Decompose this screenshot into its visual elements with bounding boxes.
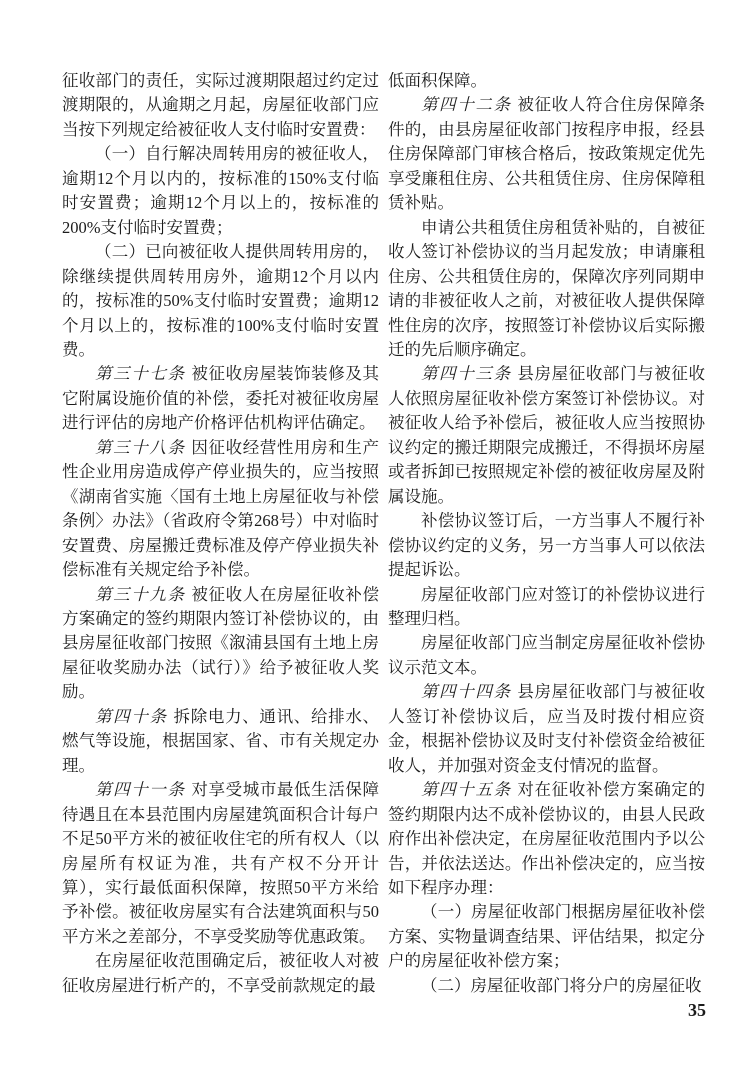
- paragraph-text: 房屋征收部门应当制定房屋征收补偿协议示范文本。: [388, 633, 705, 676]
- left-column: 征收部门的责任，实际过渡期限超过约定过渡期限的，从逾期之月起，房屋征收部门应当按…: [62, 69, 379, 998]
- paragraph: 房屋征收部门应对签订的补偿协议进行整理归档。: [388, 583, 705, 632]
- article-number: 第四十三条: [421, 364, 517, 383]
- paragraph: 在房屋征收范围确定后，被征收人对被征收房屋进行析产的，不享受前款规定的最: [62, 949, 379, 998]
- paragraph-text: 因征收经营性用房和生产性企业用房造成停产停业损失的，应当按照《湖南省实施〈国有土…: [62, 438, 379, 579]
- paragraph-text: （二）房屋征收部门将分户的房屋征收: [421, 976, 702, 995]
- paragraph: （二）房屋征收部门将分户的房屋征收: [388, 974, 705, 998]
- article-number: 第四十五条: [421, 780, 517, 799]
- paragraph: 第四十四条县房屋征收部门与被征收人签订补偿协议后，应当及时拨付相应资金，根据补偿…: [388, 680, 705, 778]
- paragraph: 征收部门的责任，实际过渡期限超过约定过渡期限的，从逾期之月起，房屋征收部门应当按…: [62, 69, 379, 142]
- document-page: 征收部门的责任，实际过渡期限超过约定过渡期限的，从逾期之月起，房屋征收部门应当按…: [0, 0, 755, 1077]
- paragraph: 房屋征收部门应当制定房屋征收补偿协议示范文本。: [388, 631, 705, 680]
- article-number: 第四十一条: [95, 780, 191, 799]
- article-number: 第三十七条: [95, 364, 191, 383]
- paragraph-text: （一）自行解决周转用房的被征收人，逾期12个月以内的，按标准的150%支付临时安…: [62, 144, 379, 236]
- paragraph: （一）自行解决周转用房的被征收人，逾期12个月以内的，按标准的150%支付临时安…: [62, 142, 379, 240]
- paragraph: 申请公共租赁住房租赁补贴的，自被征收人签订补偿协议的当月起发放；申请廉租住房、公…: [388, 216, 705, 363]
- article-number: 第三十九条: [95, 585, 191, 604]
- paragraph-text: 申请公共租赁住房租赁补贴的，自被征收人签订补偿协议的当月起发放；申请廉租住房、公…: [388, 218, 705, 359]
- paragraph-text: （二）已向被征收人提供周转用房的，除继续提供周转用房外，逾期12个月以内的，按标…: [62, 242, 379, 359]
- paragraph-text: 在房屋征收范围确定后，被征收人对被征收房屋进行析产的，不享受前款规定的最: [62, 951, 379, 994]
- article-number: 第四十二条: [421, 95, 517, 114]
- page-number: 35: [662, 1000, 706, 1021]
- paragraph: 第四十二条被征收人符合住房保障条件的，由县房屋征收部门按程序申报，经县住房保障部…: [388, 93, 705, 215]
- paragraph: 第三十八条因征收经营性用房和生产性企业用房造成停产停业损失的，应当按照《湖南省实…: [62, 436, 379, 583]
- paragraph: 第四十五条对在征收补偿方案确定的签约期限内达不成补偿协议的，由县人民政府作出补偿…: [388, 778, 705, 900]
- paragraph: 补偿协议签订后，一方当事人不履行补偿协议约定的义务，另一方当事人可以依法提起诉讼…: [388, 509, 705, 582]
- article-number: 第四十条: [95, 707, 174, 726]
- paragraph-text: 低面积保障。: [388, 71, 487, 90]
- paragraph-text: 补偿协议签订后，一方当事人不履行补偿协议约定的义务，另一方当事人可以依法提起诉讼…: [388, 511, 705, 579]
- paragraph: 第四十三条县房屋征收部门与被征收人依照房屋征收补偿方案签订补偿协议。对被征收人给…: [388, 362, 705, 509]
- article-number: 第三十八条: [95, 438, 191, 457]
- paragraph-text: 房屋征收部门应对签订的补偿协议进行整理归档。: [388, 585, 705, 628]
- paragraph: 低面积保障。: [388, 69, 705, 93]
- paragraph-text: 县房屋征收部门与被征收人依照房屋征收补偿方案签订补偿协议。对被征收人给予补偿后，…: [388, 364, 705, 505]
- paragraph: 第四十一条对享受城市最低生活保障待遇且在本县范围内房屋建筑面积合计每户不足50平…: [62, 778, 379, 949]
- right-column: 低面积保障。 第四十二条被征收人符合住房保障条件的，由县房屋征收部门按程序申报，…: [388, 69, 705, 998]
- paragraph: 第三十九条被征收人在房屋征收补偿方案确定的签约期限内签订补偿协议的，由县房屋征收…: [62, 583, 379, 705]
- article-number: 第四十四条: [421, 682, 517, 701]
- paragraph: （一）房屋征收部门根据房屋征收补偿方案、实物量调查结果、评估结果，拟定分户的房屋…: [388, 900, 705, 973]
- paragraph-text: （一）房屋征收部门根据房屋征收补偿方案、实物量调查结果、评估结果，拟定分户的房屋…: [388, 902, 705, 970]
- paragraph: 第四十条拆除电力、通讯、给排水、燃气等设施，根据国家、省、市有关规定办理。: [62, 705, 379, 778]
- paragraph-text: 对享受城市最低生活保障待遇且在本县范围内房屋建筑面积合计每户不足50平方米的被征…: [62, 780, 379, 946]
- paragraph: 第三十七条被征收房屋装饰装修及其它附属设施价值的补偿，委托对被征收房屋进行评估的…: [62, 362, 379, 435]
- paragraph-text: 征收部门的责任，实际过渡期限超过约定过渡期限的，从逾期之月起，房屋征收部门应当按…: [62, 71, 379, 139]
- paragraph: （二）已向被征收人提供周转用房的，除继续提供周转用房外，逾期12个月以内的，按标…: [62, 240, 379, 362]
